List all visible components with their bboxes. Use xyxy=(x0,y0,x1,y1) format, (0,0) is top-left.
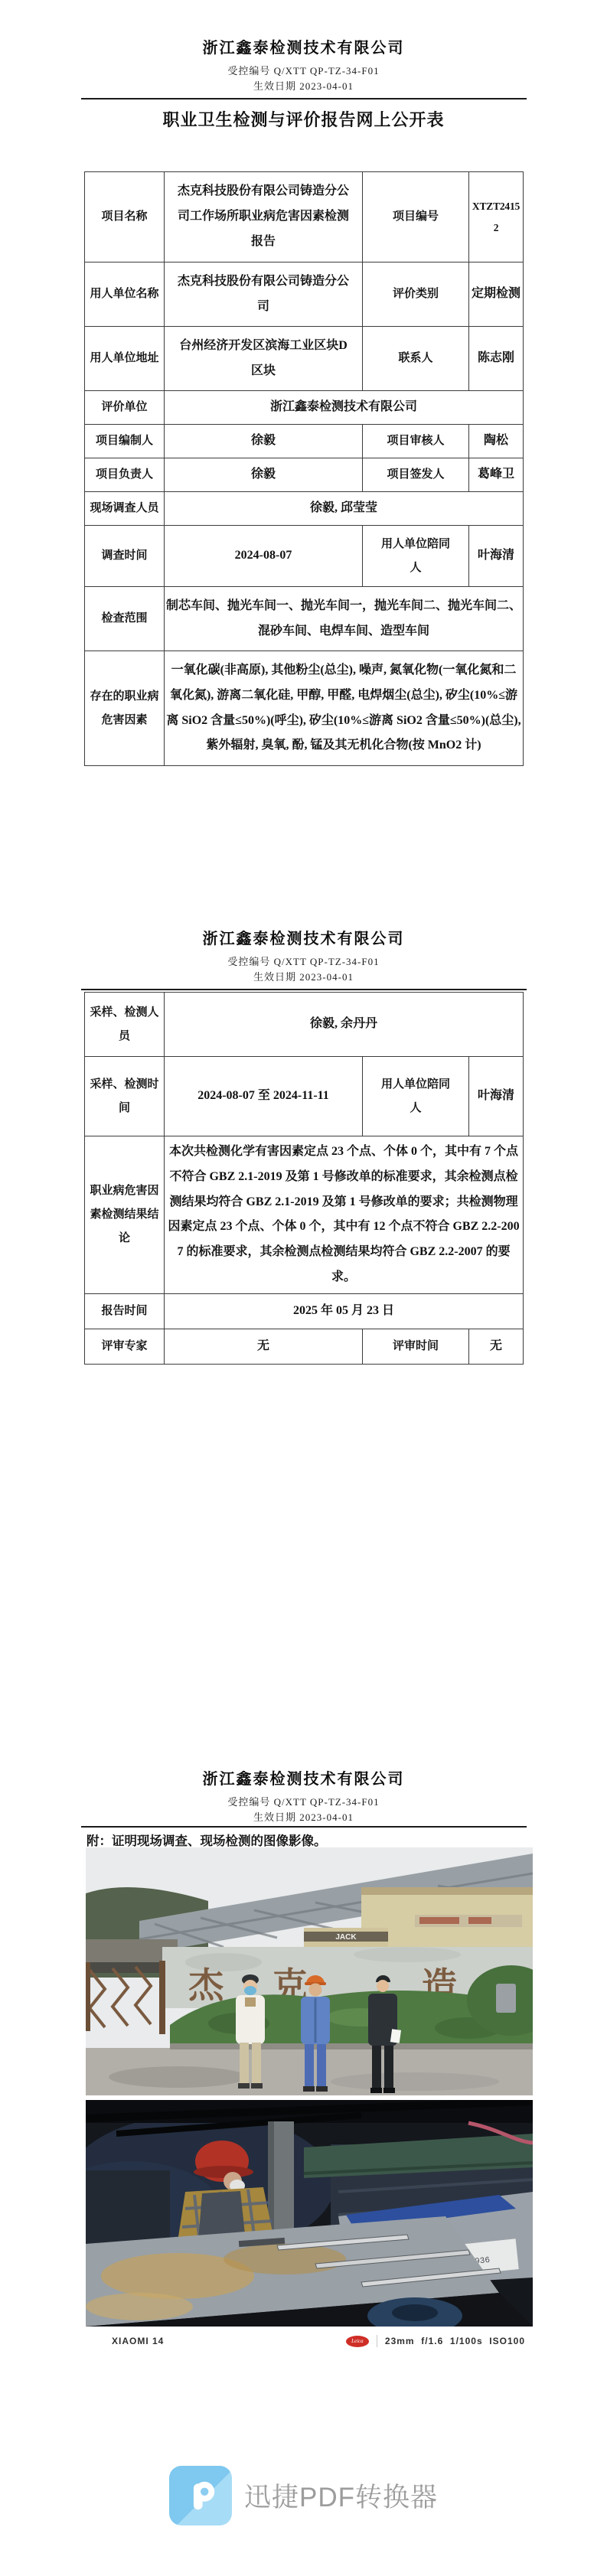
cell-label: 职业病危害因素检测结果结论 xyxy=(85,1136,165,1294)
cell-value: 2024-08-07 xyxy=(165,526,363,587)
cell-value: 2025 年 05 月 23 日 xyxy=(165,1293,524,1329)
cell-label: 采样、检测人员 xyxy=(85,993,165,1057)
building-sign-text: JACK xyxy=(335,1933,357,1942)
cell-value: 浙江鑫泰检测技术有限公司 xyxy=(165,391,524,425)
page1-control-line-wrap: 受控编号 Q/XTT QP-TZ-34-F01 xyxy=(0,63,607,77)
document-page: 浙江鑫泰检测技术有限公司 受控编号 Q/XTT QP-TZ-34-F01 生效日… xyxy=(0,0,607,2576)
cell-value: 杰克科技股份有限公司铸造分公司 xyxy=(165,262,363,327)
cell-label: 调查时间 xyxy=(85,526,165,587)
table-row: 存在的职业病危害因素 一氧化碳(非高原), 其他粉尘(总尘), 噪声, 氮氧化物… xyxy=(85,651,524,766)
table-row: 项目编制人 徐毅 项目审核人 陶松 xyxy=(85,425,524,458)
page2-header: 浙江鑫泰检测技术有限公司 xyxy=(0,926,607,948)
table-row: 职业病危害因素检测结果结论 本次共检测化学有害因素定点 23 个点、个体 0 个… xyxy=(85,1136,524,1294)
cell-label: 项目签发人 xyxy=(363,458,469,492)
site-investigation-photo: JACK 杰 克 造 xyxy=(86,1847,533,2095)
table-row: 用人单位名称 杰克科技股份有限公司铸造分公司 评价类别 定期检测 xyxy=(85,262,524,327)
control-number: 受控编号 Q/XTT QP-TZ-34-F01 xyxy=(0,954,607,968)
table-row: 报告时间 2025 年 05 月 23 日 xyxy=(85,1293,524,1329)
result-table: 采样、检测人员 徐毅, 余丹丹 采样、检测时间 2024-08-07 至 202… xyxy=(84,992,524,1365)
watermark-divider xyxy=(377,2335,377,2347)
camera-watermark-strip: XIAOMI 14 Leica 23mm f/1.6 1/100s ISO100 xyxy=(86,2327,533,2356)
cell-label: 用人单位陪同人 xyxy=(363,1057,469,1136)
page1-date-line-wrap: 生效日期 2023-04-01 xyxy=(0,78,607,93)
camera-settings-group: Leica 23mm f/1.6 1/100s ISO100 xyxy=(346,2335,525,2347)
cell-label: 采样、检测时间 xyxy=(85,1057,165,1136)
table-row: 评价单位 浙江鑫泰检测技术有限公司 xyxy=(85,391,524,425)
cell-value: 定期检测 xyxy=(469,262,524,327)
table-row: 评审专家 无 评审时间 无 xyxy=(85,1329,524,1364)
cell-value: 一氧化碳(非高原), 其他粉尘(总尘), 噪声, 氮氧化物(一氧化氮和二氧化氮)… xyxy=(165,651,524,766)
effective-date: 生效日期 2023-04-01 xyxy=(0,969,607,983)
photo2-illustration: 020502936 xyxy=(86,2100,533,2327)
leica-logo-icon: Leica xyxy=(346,2336,369,2347)
effective-date: 生效日期 2023-04-01 xyxy=(0,1809,607,1824)
page3-date-line-wrap: 生效日期 2023-04-01 xyxy=(0,1809,607,1824)
control-number: 受控编号 Q/XTT QP-TZ-34-F01 xyxy=(0,63,607,77)
cell-value: 本次共检测化学有害因素定点 23 个点、个体 0 个，其中有 7 个点不符合 G… xyxy=(165,1136,524,1294)
table-row: 用人单位地址 台州经济开发区滨海工业区块D区块 联系人 陈志刚 xyxy=(85,327,524,391)
page3-control-line-wrap: 受控编号 Q/XTT QP-TZ-34-F01 xyxy=(0,1794,607,1808)
trash-bin xyxy=(496,1984,516,2013)
cell-label: 现场调查人员 xyxy=(85,492,165,526)
camera-settings: 23mm f/1.6 1/100s ISO100 xyxy=(385,2336,525,2346)
brand-name: 迅捷PDF转换器 xyxy=(244,2477,438,2515)
cell-value: 台州经济开发区滨海工业区块D区块 xyxy=(165,327,363,391)
header-rule xyxy=(81,98,527,99)
table-row: 采样、检测人员 徐毅, 余丹丹 xyxy=(85,993,524,1057)
cell-label: 用人单位地址 xyxy=(85,327,165,391)
effective-date: 生效日期 2023-04-01 xyxy=(0,78,607,93)
cell-label: 用人单位名称 xyxy=(85,262,165,327)
cell-value: 2024-08-07 至 2024-11-11 xyxy=(165,1057,363,1136)
cell-label: 项目审核人 xyxy=(363,425,469,458)
pdf-converter-logo-icon xyxy=(169,2466,232,2525)
page2-control-line-wrap: 受控编号 Q/XTT QP-TZ-34-F01 xyxy=(0,954,607,968)
cell-value: 葛峰卫 xyxy=(469,458,524,492)
table-row: 现场调查人员 徐毅, 邱莹莹 xyxy=(85,492,524,526)
cell-value: 徐毅 xyxy=(165,458,363,492)
cell-value: 徐毅, 邱莹莹 xyxy=(165,492,524,526)
header-rule xyxy=(81,1826,527,1828)
cell-value: 杰克科技股份有限公司铸造分公司工作场所职业病危害因素检测报告 xyxy=(165,172,363,262)
photo1-illustration: JACK 杰 克 造 xyxy=(86,1847,533,2095)
table-row: 采样、检测时间 2024-08-07 至 2024-11-11 用人单位陪同人 … xyxy=(85,1057,524,1136)
page3-header: 浙江鑫泰检测技术有限公司 xyxy=(0,1766,607,1789)
cell-value: 陶松 xyxy=(469,425,524,458)
company-name: 浙江鑫泰检测技术有限公司 xyxy=(0,1766,607,1789)
cell-label: 联系人 xyxy=(363,327,469,391)
cell-value: 叶海清 xyxy=(469,1057,524,1136)
cell-value: 无 xyxy=(165,1329,363,1364)
cell-label: 项目编制人 xyxy=(85,425,165,458)
table-row: 项目名称 杰克科技股份有限公司铸造分公司工作场所职业病危害因素检测报告 项目编号… xyxy=(85,172,524,262)
cell-value: 无 xyxy=(469,1329,524,1364)
cell-label: 评审时间 xyxy=(363,1329,469,1364)
cell-label: 检查范围 xyxy=(85,587,165,651)
cell-label: 项目名称 xyxy=(85,172,165,262)
cell-label: 报告时间 xyxy=(85,1293,165,1329)
cell-label: 项目负责人 xyxy=(85,458,165,492)
table-row: 检查范围 制芯车间、抛光车间一、抛光车间一，抛光车间二、抛光车间二、混砂车间、电… xyxy=(85,587,524,651)
cell-value: 徐毅, 余丹丹 xyxy=(165,993,524,1057)
report-info-table: 项目名称 杰克科技股份有限公司铸造分公司工作场所职业病危害因素检测报告 项目编号… xyxy=(84,171,524,766)
cell-value: 徐毅 xyxy=(165,425,363,458)
cell-label: 用人单位陪同人 xyxy=(363,526,469,587)
pdf-converter-brand: 迅捷PDF转换器 xyxy=(0,2466,607,2525)
table-row: 调查时间 2024-08-07 用人单位陪同人 叶海清 xyxy=(85,526,524,587)
control-number: 受控编号 Q/XTT QP-TZ-34-F01 xyxy=(0,1794,607,1808)
company-name: 浙江鑫泰检测技术有限公司 xyxy=(0,926,607,948)
cell-value: 叶海清 xyxy=(469,526,524,587)
page1-header: 浙江鑫泰检测技术有限公司 xyxy=(0,35,607,57)
cell-label: 存在的职业病危害因素 xyxy=(85,651,165,766)
cell-label: 评价类别 xyxy=(363,262,469,327)
cell-value: XTZT24152 xyxy=(469,172,524,262)
page2-date-line-wrap: 生效日期 2023-04-01 xyxy=(0,969,607,983)
cell-value: 陈志刚 xyxy=(469,327,524,391)
cell-label: 评审专家 xyxy=(85,1329,165,1364)
cell-label: 评价单位 xyxy=(85,391,165,425)
cell-label: 项目编号 xyxy=(363,172,469,262)
cell-value: 制芯车间、抛光车间一、抛光车间一，抛光车间二、抛光车间二、混砂车间、电焊车间、造… xyxy=(165,587,524,651)
page-title: 职业卫生检测与评价报告网上公开表 xyxy=(0,107,607,131)
table-row: 项目负责人 徐毅 项目签发人 葛峰卫 xyxy=(85,458,524,492)
company-name: 浙江鑫泰检测技术有限公司 xyxy=(0,35,607,57)
header-rule xyxy=(81,989,527,990)
attachment-note: 附：证明现场调查、现场检测的图像影像。 xyxy=(86,1831,327,1849)
site-testing-photo: 020502936 xyxy=(86,2100,533,2327)
p-glyph xyxy=(181,2476,220,2516)
device-name: XIAOMI 14 xyxy=(112,2336,164,2346)
